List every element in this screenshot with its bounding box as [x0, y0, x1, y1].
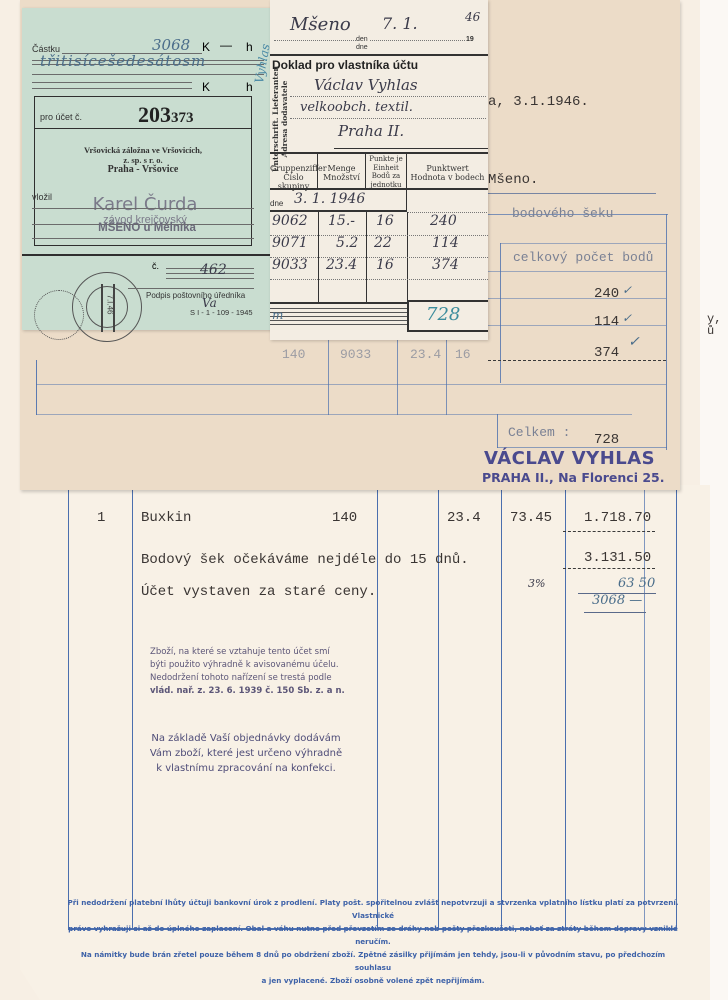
row1-group: 9062: [272, 213, 308, 229]
receipt-number: 462: [200, 262, 227, 278]
right-fragment: ů: [707, 324, 714, 338]
owner-receipt: Mšeno 7. 1. 46 den dne 19 Doklad pro vla…: [270, 0, 488, 340]
supplier-city: Praha II.: [338, 122, 404, 140]
note-points-check: Bodový šek očekáváme nejdéle do 15 dnů.: [141, 552, 469, 568]
total-points: 728: [594, 432, 619, 448]
ghost-row-qty: 140: [282, 347, 305, 362]
check-mark-icon: ✓: [622, 283, 632, 297]
discount-label: 3%: [528, 577, 545, 590]
receipt-year: 46: [465, 10, 480, 24]
city-date: a, 3.1.1946.: [488, 94, 589, 110]
account-number: 203373: [138, 102, 194, 128]
discount-amount: 63 50: [618, 576, 655, 591]
row2-points-unit: 22: [374, 235, 392, 251]
clerk-signature-label: Podpis poštovního úředníka: [146, 291, 245, 300]
row2-qty: 5.2: [336, 235, 358, 251]
row3-points-value: 374: [432, 257, 459, 273]
regulation-notice: Zboží, na které se vztahuje tento účet s…: [150, 646, 370, 698]
supplier-business: velkoobch. textil.: [300, 100, 413, 115]
amount-in-words: třitisícešedesátosm: [40, 52, 206, 70]
item-qty: 1: [97, 510, 105, 526]
final-total: 3068 —: [592, 593, 642, 608]
company-stamp-address: PRAHA II., Na Florenci 25.: [482, 470, 665, 485]
item-meters: 23.4: [447, 510, 481, 526]
form-code: S I - 1 - 109 - 1945: [190, 308, 253, 317]
row2-group: 9071: [272, 235, 308, 251]
supplier-name: Václav Vyhlas: [314, 76, 418, 94]
receipt-table-header: GruppenzifferČíslo skupiny MengeMnožství…: [270, 154, 488, 190]
row1-points-unit: 16: [376, 213, 394, 229]
row2-points-value: 114: [432, 235, 459, 251]
bank-name: Vršovická záložna ve Vršovicích, z. sp. …: [34, 145, 252, 175]
points-row-3: 374: [594, 345, 619, 361]
ghost-row-points: 16: [455, 347, 471, 362]
depositor-name: Karel Čurda: [36, 194, 254, 215]
subtotal: 3.131.50: [584, 550, 651, 566]
points-check-header: bodového šeku: [512, 206, 613, 221]
postal-payment-slip: Částku 3068 K — h třitisícešedesátosm K …: [22, 8, 272, 330]
row3-qty: 23.4: [326, 257, 357, 273]
receipt-date: 7. 1.: [382, 14, 418, 33]
company-stamp-name: VÁCLAV VYHLAS: [484, 448, 655, 469]
receipt-total: 728: [426, 304, 460, 325]
row3-group: 9033: [272, 257, 308, 273]
ghost-row-group: 9033: [340, 347, 371, 362]
receipt-date-row: 3. 1. 1946: [294, 191, 365, 207]
points-row-1: 240: [594, 286, 619, 302]
receipt-title: Doklad pro vlastníka účtu: [272, 58, 418, 72]
order-notice: Na základě Vaší objednávky dodávám Vám z…: [126, 731, 366, 776]
row3-points-unit: 16: [376, 257, 394, 273]
item-group: 140: [332, 510, 357, 526]
ghost-row-meters: 23.4: [410, 347, 441, 362]
recipient-town: Mšeno.: [488, 172, 538, 188]
note-old-prices: Účet vystaven za staré ceny.: [141, 584, 376, 600]
item-unit-price: 73.45: [510, 510, 552, 526]
item-description: Buxkin: [141, 510, 191, 526]
total-label: Celkem :: [508, 425, 570, 440]
item-amount: 1.718.70: [584, 510, 651, 526]
check-mark-icon: ✓: [628, 334, 640, 350]
row1-points-value: 240: [430, 213, 457, 229]
footer-terms: Při nedodržení platební lhůty účtuji ban…: [66, 896, 680, 987]
points-row-2: 114: [594, 314, 619, 330]
postmark-date: 7.I.46: [106, 294, 115, 314]
receipt-place: Mšeno: [290, 14, 351, 35]
depositor-town: MŠENO u Mělníka: [42, 222, 252, 234]
row1-qty: 15.-: [328, 213, 355, 229]
points-total-header: celkový počet bodů: [513, 250, 653, 265]
check-mark-icon: ✓: [622, 311, 632, 325]
